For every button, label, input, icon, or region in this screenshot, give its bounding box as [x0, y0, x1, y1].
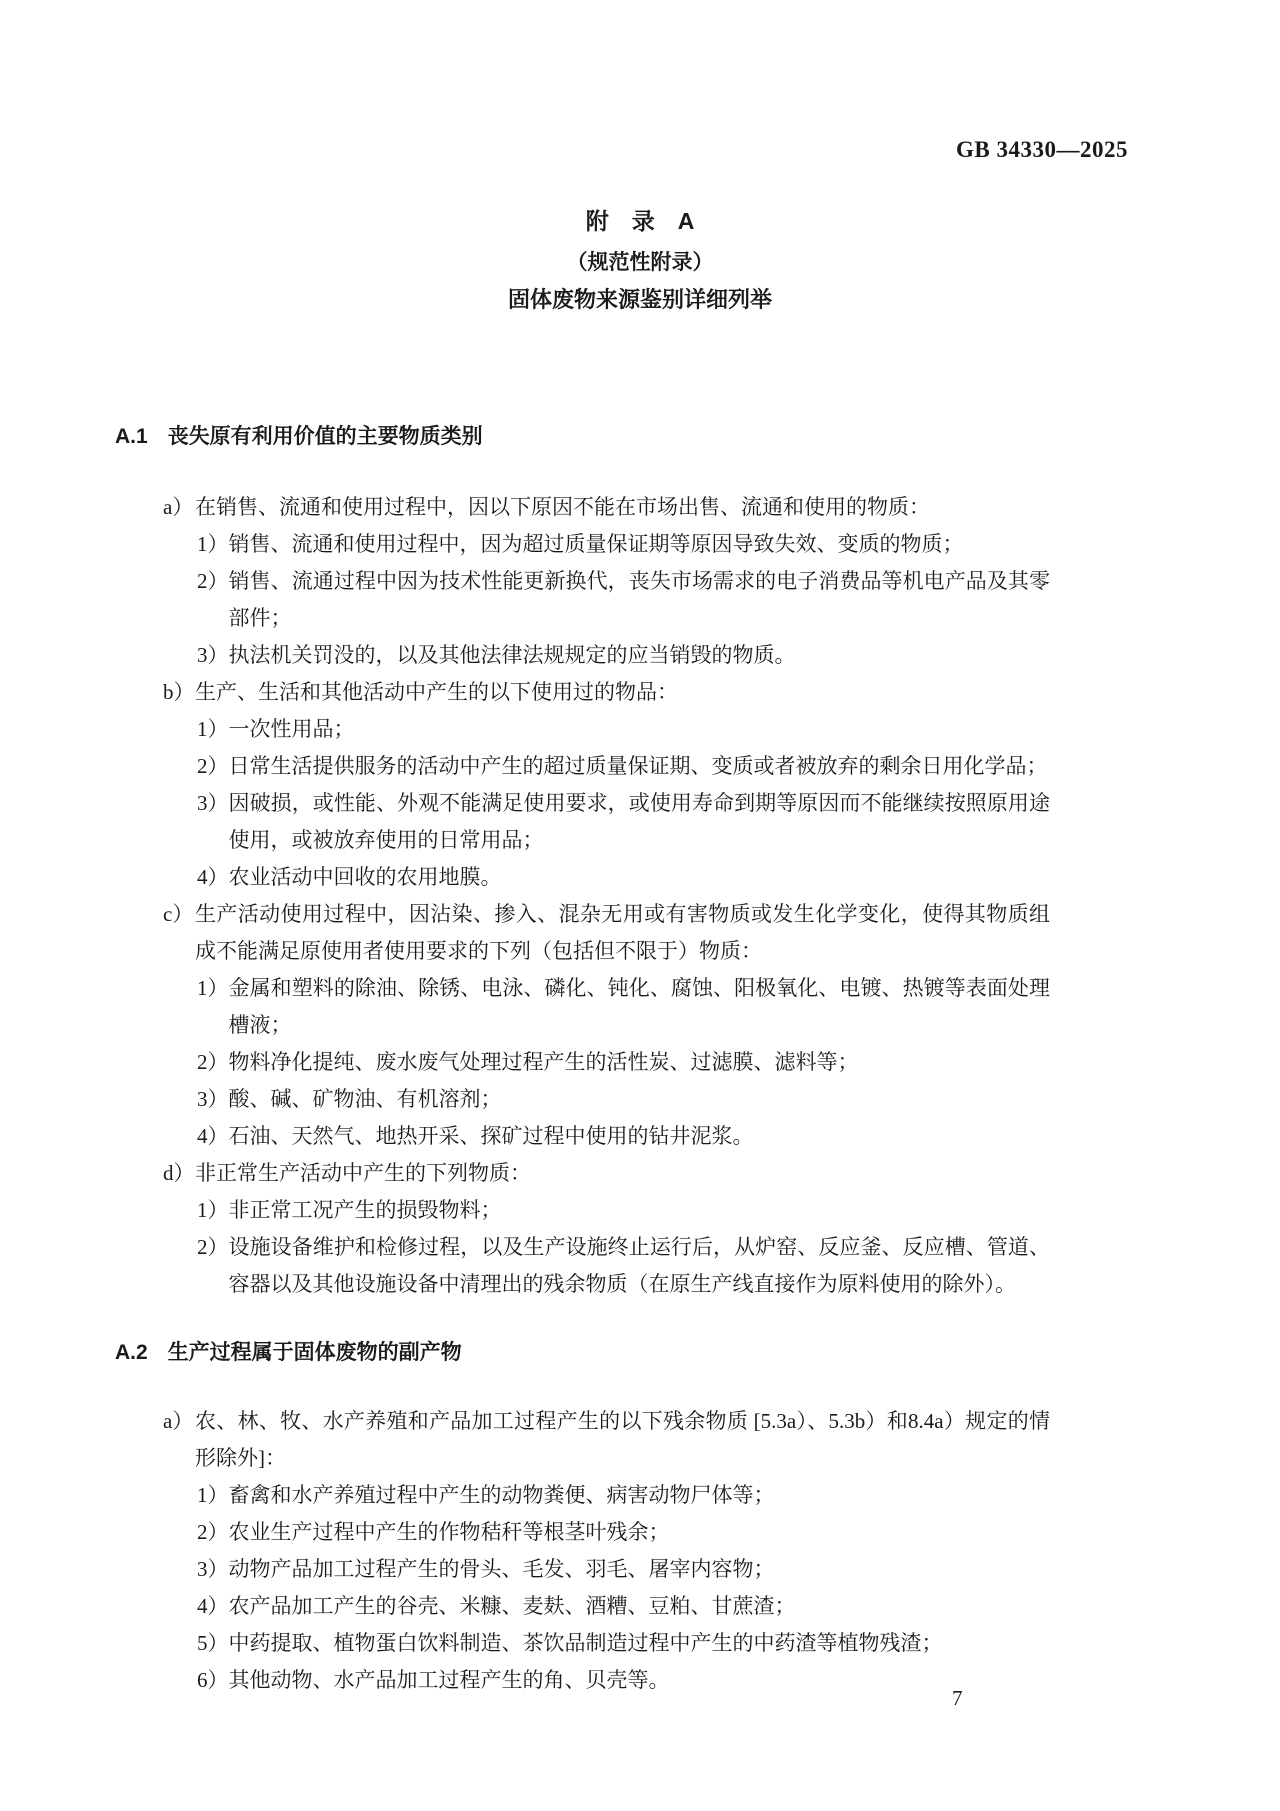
appendix-type: （规范性附录）	[0, 249, 1280, 277]
list-item-text: 生产、生活和其他活动中产生的以下使用过的物品：	[195, 674, 1050, 711]
list-subitem: 2） 日常生活提供服务的活动中产生的超过质量保证期、变质或者被放弃的剩余日用化学…	[197, 748, 1050, 785]
list-item-label: 2）	[197, 1044, 229, 1081]
list-subitem: 2） 农业生产过程中产生的作物秸秆等根茎叶残余；	[197, 1514, 1050, 1551]
list-item-label: 1）	[197, 1192, 229, 1229]
list-subitem: 2） 销售、流通过程中因为技术性能更新换代，丧失市场需求的电子消费品等机电产品及…	[197, 563, 1050, 637]
list-subitem: 3） 酸、碱、矿物油、有机溶剂；	[197, 1081, 1050, 1118]
list-item-label: 3）	[197, 1081, 229, 1118]
list-subitem: 2） 物料净化提纯、废水废气处理过程产生的活性炭、过滤膜、滤料等；	[197, 1044, 1050, 1081]
list-item-text: 农产品加工产生的谷壳、米糠、麦麸、酒糟、豆粕、甘蔗渣；	[229, 1588, 1051, 1625]
list-item-text: 设施设备维护和检修过程，以及生产设施终止运行后，从炉窑、反应釜、反应槽、管道、容…	[229, 1229, 1051, 1303]
list-item-label: 1）	[197, 711, 229, 748]
section-a2-list: a） 农、林、牧、水产养殖和产品加工过程产生的以下残余物质 [5.3a）、5.3…	[0, 1403, 1280, 1699]
list-item-label: 4）	[197, 1588, 229, 1625]
list-item-text: 农业生产过程中产生的作物秸秆等根茎叶残余；	[229, 1514, 1051, 1551]
list-item-label: 3）	[197, 785, 229, 859]
list-subitem: 1） 销售、流通和使用过程中，因为超过质量保证期等原因导致失效、变质的物质；	[197, 526, 1050, 563]
list-item-text: 动物产品加工过程产生的骨头、毛发、羽毛、屠宰内容物；	[229, 1551, 1051, 1588]
list-item-label: 5）	[197, 1625, 229, 1662]
list-item-a: a） 在销售、流通和使用过程中，因以下原因不能在市场出售、流通和使用的物质：	[163, 489, 1050, 526]
list-subitem: 3） 动物产品加工过程产生的骨头、毛发、羽毛、屠宰内容物；	[197, 1551, 1050, 1588]
page-number: 7	[952, 1686, 963, 1711]
section-number: A.2	[115, 1341, 148, 1364]
list-item-label: 1）	[197, 970, 229, 1044]
list-subitem: 3） 执法机关罚没的，以及其他法律法规规定的应当销毁的物质。	[197, 637, 1050, 674]
list-subitem: 1） 金属和塑料的除油、除锈、电泳、磷化、钝化、腐蚀、阳极氧化、电镀、热镀等表面…	[197, 970, 1050, 1044]
list-item-label: 1）	[197, 1477, 229, 1514]
list-item-label: 3）	[197, 1551, 229, 1588]
list-subitem: 5） 中药提取、植物蛋白饮料制造、茶饮品制造过程中产生的中药渣等植物残渣；	[197, 1625, 1050, 1662]
list-subitem: 1） 畜禽和水产养殖过程中产生的动物粪便、病害动物尸体等；	[197, 1477, 1050, 1514]
list-item-label: 4）	[197, 859, 229, 896]
list-item-text: 因破损，或性能、外观不能满足使用要求，或使用寿命到期等原因而不能继续按照原用途使…	[229, 785, 1051, 859]
list-item-text: 日常生活提供服务的活动中产生的超过质量保证期、变质或者被放弃的剩余日用化学品；	[229, 748, 1051, 785]
list-item-label: 2）	[197, 563, 229, 637]
list-subitem: 1） 非正常工况产生的损毁物料；	[197, 1192, 1050, 1229]
list-subitem: 2） 设施设备维护和检修过程，以及生产设施终止运行后，从炉窑、反应釜、反应槽、管…	[197, 1229, 1050, 1303]
list-item-label: 2）	[197, 748, 229, 785]
list-item-text: 生产活动使用过程中，因沾染、掺入、混杂无用或有害物质或发生化学变化，使得其物质组…	[195, 896, 1050, 970]
section-a1-list: a） 在销售、流通和使用过程中，因以下原因不能在市场出售、流通和使用的物质： 1…	[0, 489, 1280, 1303]
section-title: 丧失原有利用价值的主要物质类别	[168, 425, 483, 448]
appendix-label: 附 录 A	[0, 206, 1280, 236]
list-item-label: 6）	[197, 1662, 229, 1699]
standard-number: GB 34330—2025	[956, 137, 1128, 163]
list-item-text: 金属和塑料的除油、除锈、电泳、磷化、钝化、腐蚀、阳极氧化、电镀、热镀等表面处理槽…	[229, 970, 1051, 1044]
list-item-text: 销售、流通和使用过程中，因为超过质量保证期等原因导致失效、变质的物质；	[229, 526, 1051, 563]
list-item-c: c） 生产活动使用过程中，因沾染、掺入、混杂无用或有害物质或发生化学变化，使得其…	[163, 896, 1050, 970]
section-heading-a1: A.1丧失原有利用价值的主要物质类别	[115, 422, 1280, 452]
list-subitem: 4） 农产品加工产生的谷壳、米糠、麦麸、酒糟、豆粕、甘蔗渣；	[197, 1588, 1050, 1625]
list-item-text: 一次性用品；	[229, 711, 1051, 748]
list-item-text: 非正常工况产生的损毁物料；	[229, 1192, 1051, 1229]
list-item-text: 农、林、牧、水产养殖和产品加工过程产生的以下残余物质 [5.3a）、5.3b）和…	[195, 1403, 1050, 1477]
list-subitem: 6） 其他动物、水产品加工过程产生的角、贝壳等。	[197, 1662, 1050, 1699]
list-item-label: c）	[163, 896, 195, 970]
list-subitem: 4） 石油、天然气、地热开采、探矿过程中使用的钻井泥浆。	[197, 1118, 1050, 1155]
list-item-label: b）	[163, 674, 195, 711]
list-item-text: 销售、流通过程中因为技术性能更新换代，丧失市场需求的电子消费品等机电产品及其零部…	[229, 563, 1051, 637]
list-subitem: 1） 一次性用品；	[197, 711, 1050, 748]
list-item-text: 石油、天然气、地热开采、探矿过程中使用的钻井泥浆。	[229, 1118, 1051, 1155]
section-number: A.1	[115, 425, 148, 448]
list-item-text: 在销售、流通和使用过程中，因以下原因不能在市场出售、流通和使用的物质：	[195, 489, 1050, 526]
section-title: 生产过程属于固体废物的副产物	[168, 1341, 462, 1364]
list-item-text: 其他动物、水产品加工过程产生的角、贝壳等。	[229, 1662, 1051, 1699]
list-item-text: 执法机关罚没的，以及其他法律法规规定的应当销毁的物质。	[229, 637, 1051, 674]
section-heading-a2: A.2生产过程属于固体废物的副产物	[115, 1338, 1280, 1368]
list-item-label: 4）	[197, 1118, 229, 1155]
list-item-d: d） 非正常生产活动中产生的下列物质：	[163, 1155, 1050, 1192]
list-item-text: 非正常生产活动中产生的下列物质：	[195, 1155, 1050, 1192]
list-item-label: 2）	[197, 1514, 229, 1551]
list-item-label: a）	[163, 1403, 195, 1477]
document-page: GB 34330—2025 附 录 A （规范性附录） 固体废物来源鉴别详细列举…	[0, 0, 1280, 1811]
list-item-text: 畜禽和水产养殖过程中产生的动物粪便、病害动物尸体等；	[229, 1477, 1051, 1514]
list-item-text: 中药提取、植物蛋白饮料制造、茶饮品制造过程中产生的中药渣等植物残渣；	[229, 1625, 1051, 1662]
list-item-text: 物料净化提纯、废水废气处理过程产生的活性炭、过滤膜、滤料等；	[229, 1044, 1051, 1081]
appendix-title: 固体废物来源鉴别详细列举	[0, 286, 1280, 314]
list-item-text: 农业活动中回收的农用地膜。	[229, 859, 1051, 896]
list-item-label: 2）	[197, 1229, 229, 1303]
list-item-b: b） 生产、生活和其他活动中产生的以下使用过的物品：	[163, 674, 1050, 711]
list-subitem: 3） 因破损，或性能、外观不能满足使用要求，或使用寿命到期等原因而不能继续按照原…	[197, 785, 1050, 859]
list-subitem: 4） 农业活动中回收的农用地膜。	[197, 859, 1050, 896]
list-item-text: 酸、碱、矿物油、有机溶剂；	[229, 1081, 1051, 1118]
list-item-label: d）	[163, 1155, 195, 1192]
list-item-label: 3）	[197, 637, 229, 674]
list-item-label: 1）	[197, 526, 229, 563]
list-item-label: a）	[163, 489, 195, 526]
list-item-a: a） 农、林、牧、水产养殖和产品加工过程产生的以下残余物质 [5.3a）、5.3…	[163, 1403, 1050, 1477]
